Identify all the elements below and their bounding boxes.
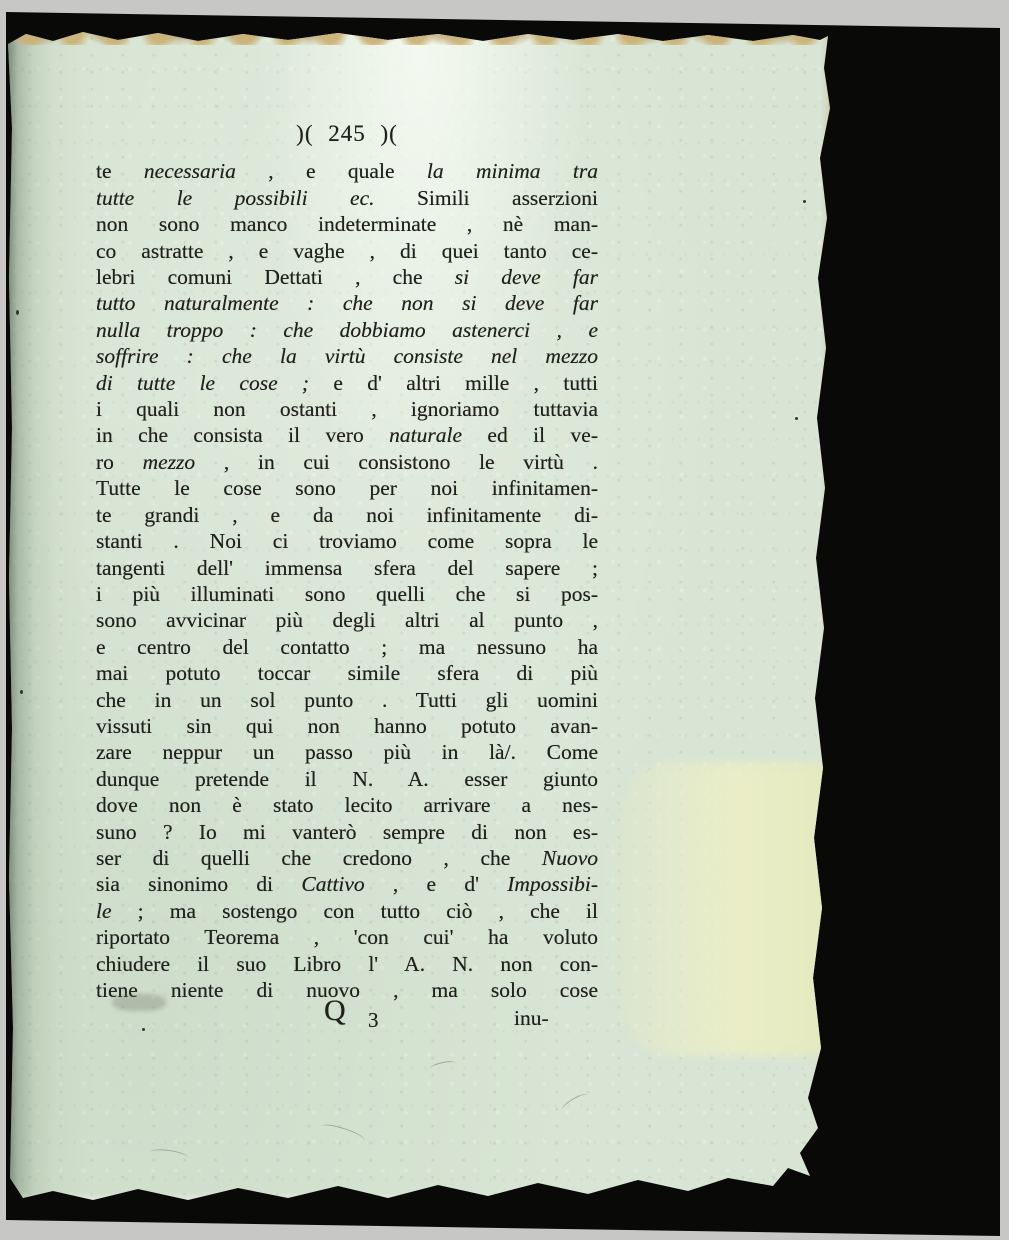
text-segment: che in un sol punto . Tutti gli uomini	[96, 688, 598, 712]
body-lines: te necessaria , e quale la minima tratut…	[96, 158, 598, 1003]
text-block: )( 245 )( te necessaria , e quale la min…	[96, 121, 598, 1044]
text-line: stanti . Noi ci troviamo come sopra le	[96, 528, 598, 554]
text-segment: sia sinonimo di	[96, 872, 301, 896]
text-segment: suno ? Io mi vanterò sempre di non es-	[96, 820, 598, 844]
text-line: dunque pretende il N. A. esser giunto	[96, 766, 598, 792]
text-segment: non sono manco indeterminate , nè man-	[96, 212, 598, 236]
text-segment: , in cui consistono le virtù .	[195, 450, 598, 474]
text-segment: necessaria	[144, 159, 236, 183]
text-line: sono avvicinar più degli altri al punto …	[96, 607, 598, 633]
text-segment: sono avvicinar più degli altri al punto …	[96, 608, 598, 632]
text-segment: te grandi , e da noi infinitamente di-	[96, 503, 598, 527]
spine-gutter-shadow	[8, 28, 92, 1208]
text-segment: si deve far	[455, 265, 598, 289]
text-segment: in che consista il vero	[96, 423, 389, 447]
text-segment: Cattivo	[301, 872, 364, 896]
text-segment: la minima tra	[427, 159, 598, 183]
text-line: ser di quelli che credono , che Nuovo	[96, 845, 598, 871]
text-segment: Impossibi-	[507, 872, 598, 896]
text-segment: ser di quelli che credono , che	[96, 846, 542, 870]
text-line: chiudere il suo Libro l' A. N. non con-	[96, 951, 598, 977]
catchword: inu-	[514, 1005, 549, 1031]
ink-speck	[803, 200, 806, 203]
text-segment: dove non è stato lecito arrivare a nes-	[96, 793, 598, 817]
text-segment: mezzo	[143, 450, 196, 474]
text-segment: vissuti sin qui non hanno potuto avan-	[96, 714, 598, 738]
text-segment: Tutte le cose sono per noi infinitamen-	[96, 476, 598, 500]
text-segment: te	[96, 159, 144, 183]
text-line: di tutte le cose ; e d' altri mille , tu…	[96, 370, 598, 396]
text-line: ro mezzo , in cui consistono le virtù .	[96, 449, 598, 475]
ink-speck	[20, 690, 23, 694]
text-line: i più illuminati sono quelli che si pos-	[96, 581, 598, 607]
text-segment: dunque pretende il N. A. esser giunto	[96, 767, 598, 791]
text-line: nulla troppo : che dobbiamo astenerci , …	[96, 317, 598, 343]
text-line: suno ? Io mi vanterò sempre di non es-	[96, 819, 598, 845]
text-segment: ro	[96, 450, 143, 474]
text-line: tutte le possibili ec. Simili asserzioni	[96, 185, 598, 211]
text-line: non sono manco indeterminate , nè man-	[96, 211, 598, 237]
text-segment: lebri comuni Dettati , che	[96, 265, 455, 289]
signature-line: Q 3 inu-	[96, 1004, 598, 1044]
text-line: co astratte , e vaghe , di quei tanto ce…	[96, 238, 598, 264]
text-line: vissuti sin qui non hanno potuto avan-	[96, 713, 598, 739]
text-segment: , e d'	[365, 872, 508, 896]
text-line: tiene niente di nuovo , ma solo cose	[96, 977, 598, 1003]
text-line: sia sinonimo di Cattivo , e d' Impossibi…	[96, 871, 598, 897]
page-number: )( 245 )(	[96, 121, 598, 147]
text-segment: tutte le possibili ec.	[96, 186, 375, 210]
text-line: i quali non ostanti , ignoriamo tuttavia	[96, 396, 598, 422]
text-segment: Nuovo	[542, 846, 598, 870]
text-segment: chiudere il suo Libro l' A. N. non con-	[96, 952, 598, 976]
text-line: e centro del contatto ; ma nessuno ha	[96, 634, 598, 660]
text-line: Tutte le cose sono per noi infinitamen-	[96, 475, 598, 501]
text-line: tangenti dell' immensa sfera del sapere …	[96, 555, 598, 581]
text-segment: di tutte le cose ;	[96, 371, 309, 395]
scan-canvas: { "page": { "header": ")( 245 )(", "line…	[0, 0, 1009, 1240]
text-segment: co astratte , e vaghe , di quei tanto ce…	[96, 239, 598, 263]
text-line: soffrire : che la virtù consiste nel mez…	[96, 343, 598, 369]
text-segment: riportato Teorema , 'con cui' ha voluto	[96, 925, 598, 949]
text-segment: ed il ve-	[462, 423, 598, 447]
text-segment: nulla troppo : che dobbiamo astenerci , …	[96, 318, 598, 342]
ink-speck	[142, 1028, 145, 1031]
text-line: te necessaria , e quale la minima tra	[96, 158, 598, 184]
text-segment: tiene niente di nuovo , ma solo cose	[96, 978, 598, 1002]
text-line: in che consista il vero naturale ed il v…	[96, 422, 598, 448]
text-segment: Simili asserzioni	[375, 186, 599, 210]
text-line: dove non è stato lecito arrivare a nes-	[96, 792, 598, 818]
text-segment: tutto naturalmente : che non si deve far	[96, 291, 598, 315]
text-line: mai potuto toccar simile sfera di più	[96, 660, 598, 686]
text-segment: i quali non ostanti , ignoriamo tuttavia	[96, 397, 598, 421]
text-line: te grandi , e da noi infinitamente di-	[96, 502, 598, 528]
text-line: riportato Teorema , 'con cui' ha voluto	[96, 924, 598, 950]
text-segment: i più illuminati sono quelli che si pos-	[96, 582, 598, 606]
page-curl-artifact	[608, 763, 836, 1055]
ink-smudge	[112, 994, 166, 1011]
ink-speck	[16, 310, 19, 315]
text-line: tutto naturalmente : che non si deve far	[96, 290, 598, 316]
text-segment: mai potuto toccar simile sfera di più	[96, 661, 598, 685]
text-segment: e centro del contatto ; ma nessuno ha	[96, 635, 598, 659]
text-segment: le	[96, 899, 112, 923]
text-segment: ; ma sostengo con tutto ciò , che il	[112, 899, 598, 923]
text-segment: naturale	[389, 423, 462, 447]
text-line: le ; ma sostengo con tutto ciò , che il	[96, 898, 598, 924]
text-segment: e d' altri mille , tutti	[309, 371, 598, 395]
text-line: che in un sol punto . Tutti gli uomini	[96, 687, 598, 713]
ink-speck	[795, 417, 798, 420]
text-line: zare neppur un passo più in là/. Come	[96, 739, 598, 765]
text-segment: , e quale	[236, 159, 427, 183]
text-segment: stanti . Noi ci troviamo come sopra le	[96, 529, 598, 553]
signature-number: 3	[368, 1007, 379, 1033]
text-segment: tangenti dell' immensa sfera del sapere …	[96, 556, 598, 580]
text-line: lebri comuni Dettati , che si deve far	[96, 264, 598, 290]
signature-mark: Q	[324, 998, 346, 1024]
text-segment: soffrire : che la virtù consiste nel mez…	[96, 344, 598, 368]
text-segment: zare neppur un passo più in là/. Come	[96, 740, 598, 764]
